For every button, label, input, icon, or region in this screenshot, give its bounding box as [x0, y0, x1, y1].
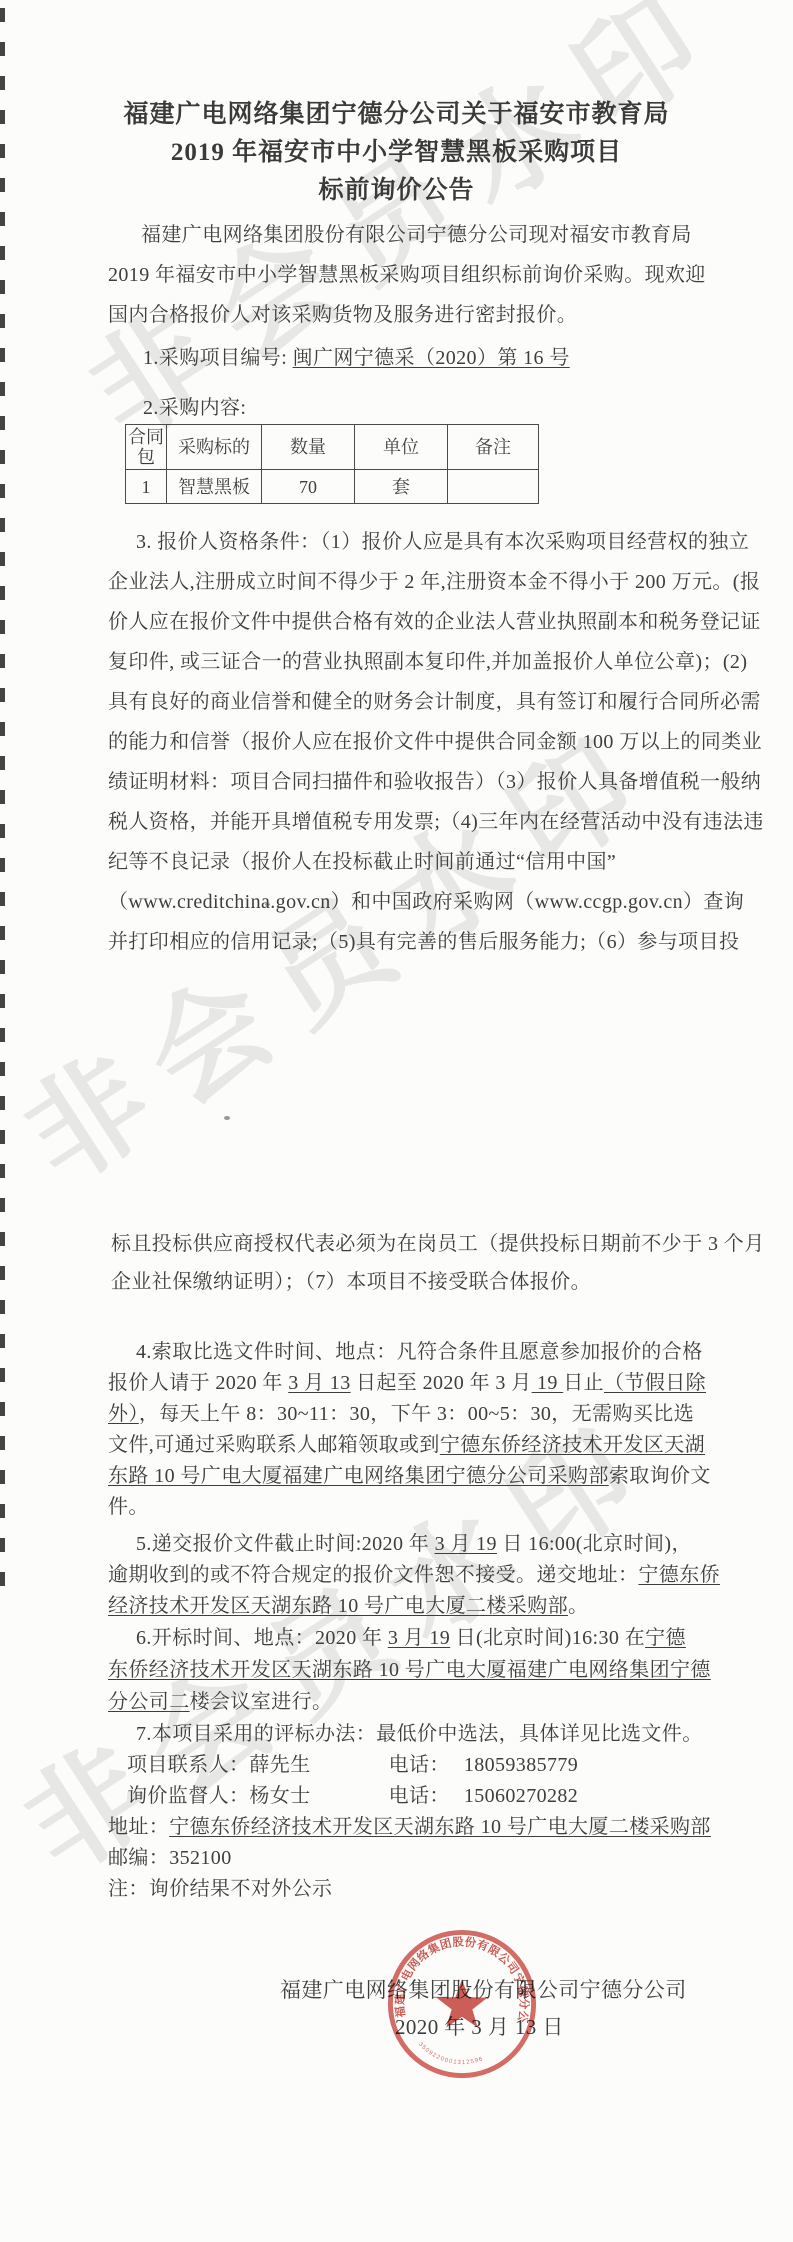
- star-icon: [437, 1979, 488, 2027]
- text-segment: 注：询价结果不对外公示: [108, 1878, 332, 1900]
- item-list: 1.采购项目编号: 闽广网宁德采（2020）第 16 号2.采购内容:: [143, 333, 570, 433]
- text-segment: 国内合格报价人对该采购货物及服务进行密封报价。: [108, 304, 577, 326]
- text-segment: 7.本项目采用的评标办法：最低价中选法，具体详见比选文件。: [136, 1723, 703, 1745]
- contact-info: 项目联系人：薛先生电话：18059385779询价监督人：杨女士电话：15060…: [108, 1750, 728, 1905]
- text-segment: 询价监督人：杨女士: [127, 1785, 311, 1807]
- text-segment: 企业社保缴纳证明）；（7）本项目不接受联合体报价。: [111, 1271, 591, 1293]
- text-segment: 电话：: [389, 1754, 450, 1776]
- text-line: 的能力和信誉（报价人应在报价文件中提供合同金额 100 万以上的同类业: [108, 722, 713, 762]
- underlined-text: 闽广网宁德采（2020）第 16 号: [293, 347, 570, 369]
- text-line: 询价监督人：杨女士电话：15060270282: [127, 1781, 728, 1812]
- text-segment: 电话：: [389, 1785, 450, 1807]
- text-segment: 3. 报价人资格条件：（1）报价人应是具有本次采购项目经营权的独立: [136, 531, 749, 553]
- text-line: 分公司二楼会议室进行。: [108, 1686, 698, 1718]
- text-line: 税人资格，并能开具增值税专用发票;（4)三年内在经营活动中没有违法违: [108, 802, 713, 842]
- text-segment: 日起至 2020 年 3 月: [351, 1372, 532, 1394]
- text-segment: 的能力和信誉（报价人应在报价文件中提供合同金额 100 万以上的同类业: [108, 731, 762, 753]
- scan-edge-artifacts: [0, 8, 5, 1588]
- text-segment: 报价人请于 2020 年: [108, 1372, 288, 1394]
- text-line: 2019 年福安市中小学智慧黑板采购项目: [0, 134, 793, 172]
- text-line: 东侨经济技术开发区天湖东路 10 号广电大厦福建广电网络集团宁德: [108, 1654, 698, 1686]
- seal-code-text: 3509220001312596: [417, 2041, 485, 2066]
- text-segment: 2019 年福安市中小学智慧黑板采购项目: [171, 139, 622, 166]
- text-line: 纪等不良记录（报价人在投标截止时间前通过“信用中国”: [108, 842, 713, 882]
- text-segment: 绩证明材料：项目合同扫描件和验收报告）（3）报价人具备增值税一般纳: [108, 771, 761, 793]
- text-segment: 地址：: [108, 1816, 169, 1838]
- text-line: 经济技术开发区天湖东路 10 号广电大厦二楼采购部。: [108, 1591, 698, 1622]
- table-header-row: 合同包采购标的数量单位备注: [126, 425, 539, 470]
- table-header-cell: 采购标的: [167, 425, 262, 470]
- text-segment: 日(北京时间)16:30 在: [450, 1627, 645, 1649]
- underlined-text: 东侨经济技术开发区天湖东路 10 号广电大厦福建广电网络集团宁德: [108, 1659, 711, 1681]
- section-obtain-documents: 4.索取比选文件时间、地点：凡符合条件且愿意参加报价的合格报价人请于 2020 …: [108, 1337, 698, 1523]
- text-segment: ，每天上午 8：30~11：30，下午 3：00~5：30，无需购买比选: [139, 1403, 694, 1425]
- text-line: （www.creditchina.gov.cn）和中国政府采购网（www.ccg…: [108, 882, 713, 922]
- table-header-cell: 数量: [262, 425, 355, 470]
- document-title: 福建广电网络集团宁德分公司关于福安市教育局2019 年福安市中小学智慧黑板采购项…: [0, 96, 793, 210]
- svg-text:3509220001312596: 3509220001312596: [417, 2041, 485, 2066]
- text-line: 地址：宁德东侨经济技术开发区天湖东路 10 号广电大厦二楼采购部: [108, 1812, 728, 1843]
- text-line: 4.索取比选文件时间、地点：凡符合条件且愿意参加报价的合格: [136, 1337, 698, 1368]
- scan-speck: [224, 1116, 230, 1120]
- text-segment: 。: [568, 1595, 588, 1617]
- underlined-text: 宁德: [645, 1627, 686, 1649]
- text-segment: 标且投标供应商授权代表必须为在岗员工（提供投标日期前不少于 3 个月: [111, 1233, 765, 1255]
- table-cell: 1: [126, 470, 167, 504]
- text-line: 企业社保缴纳证明）；（7）本项目不接受联合体报价。: [111, 1263, 711, 1301]
- text-segment: 18059385779: [464, 1754, 578, 1776]
- text-segment: 文件,可通过采购联系人邮箱领取或到: [108, 1434, 440, 1456]
- text-line: 复印件, 或三证合一的营业执照副本复印件,并加盖报价人单位公章)；(2): [108, 642, 713, 682]
- underlined-text: 经济技术开发区天湖东路 10 号广电大厦二楼采购部: [108, 1595, 568, 1617]
- text-segment: 楼会议室进行。: [190, 1691, 333, 1713]
- text-segment: 15060270282: [464, 1785, 578, 1807]
- text-line: 项目联系人：薛先生电话：18059385779: [127, 1750, 728, 1781]
- text-line: 6.开标时间、地点：2020 年 3 月 19 日(北京时间)16:30 在宁德: [136, 1622, 698, 1654]
- text-segment: 1.采购项目编号:: [143, 347, 293, 369]
- text-line: 外），每天上午 8：30~11：30，下午 3：00~5：30，无需购买比选: [108, 1399, 698, 1430]
- text-segment: 项目联系人：薛先生: [127, 1754, 311, 1776]
- text-line: 注：询价结果不对外公示: [108, 1874, 728, 1905]
- text-line: 绩证明材料：项目合同扫描件和验收报告）（3）报价人具备增值税一般纳: [108, 762, 713, 802]
- text-segment: 企业法人,注册成立时间不得少于 2 年,注册资本金不得小于 200 万元。(报: [108, 571, 760, 593]
- text-line: 具有良好的商业信誉和健全的财务会计制度，具有签订和履行合同所必需: [108, 682, 713, 722]
- text-segment: 复印件, 或三证合一的营业执照副本复印件,并加盖报价人单位公章)；(2): [108, 651, 747, 673]
- text-segment: 税人资格，并能开具增值税专用发票;（4)三年内在经营活动中没有违法违: [108, 811, 764, 833]
- text-segment: 价人应在报价文件中提供合格有效的企业法人营业执照副本和税务登记证: [108, 611, 761, 633]
- table-header-cell: 单位: [355, 425, 448, 470]
- text-segment: （www.creditchina.gov.cn）和中国政府采购网（www.ccg…: [108, 891, 744, 913]
- text-line: 价人应在报价文件中提供合格有效的企业法人营业执照副本和税务登记证: [108, 602, 713, 642]
- table-header-cell: 备注: [448, 425, 539, 470]
- text-segment: 6.开标时间、地点：2020 年: [136, 1627, 388, 1649]
- underlined-text: 3 月 19: [435, 1533, 497, 1555]
- text-line: 邮编：352100: [108, 1843, 728, 1874]
- text-line: 3. 报价人资格条件：（1）报价人应是具有本次采购项目经营权的独立: [136, 522, 713, 562]
- text-segment: 索取询价文: [609, 1465, 711, 1487]
- text-segment: 标前询价公告: [318, 177, 474, 204]
- qualification-continued: 标且投标供应商授权代表必须为在岗员工（提供投标日期前不少于 3 个月企业社保缴纳…: [111, 1225, 711, 1301]
- official-red-seal: 福建广电网络集团股份有限公司宁德分公司 3509220001312596: [383, 1925, 541, 2083]
- text-segment: 2019 年福安市中小学智慧黑板采购项目组织标前询价采购。现欢迎: [108, 264, 706, 286]
- text-segment: 件。: [108, 1496, 149, 1518]
- text-line: 标前询价公告: [0, 172, 793, 210]
- text-line: 2019 年福安市中小学智慧黑板采购项目组织标前询价采购。现欢迎: [108, 255, 708, 295]
- section-bid-opening: 6.开标时间、地点：2020 年 3 月 19 日(北京时间)16:30 在宁德…: [108, 1622, 698, 1718]
- underlined-text: 分公司二: [108, 1691, 190, 1713]
- text-segment: 纪等不良记录（报价人在投标截止时间前通过“信用中国”: [108, 851, 616, 873]
- text-line: 1.采购项目编号: 闽广网宁德采（2020）第 16 号: [143, 333, 570, 383]
- text-line: 7.本项目采用的评标办法：最低价中选法，具体详见比选文件。: [136, 1719, 698, 1750]
- qualification-paragraph: 3. 报价人资格条件：（1）报价人应是具有本次采购项目经营权的独立企业法人,注册…: [108, 522, 713, 962]
- text-line: 报价人请于 2020 年 3 月 13 日起至 2020 年 3 月 19 日止…: [108, 1368, 698, 1399]
- table-cell: [448, 470, 539, 504]
- table-row: 1智慧黑板70套: [126, 470, 539, 504]
- text-line: 逾期收到的或不符合规定的报价文件恕不接受。递交地址：宁德东侨: [108, 1560, 698, 1591]
- scan-speck: [265, 903, 270, 906]
- section-submission-deadline: 5.递交报价文件截止时间:2020 年 3 月 19 日 16:00(北京时间)…: [108, 1529, 698, 1622]
- section-evaluation-method: 7.本项目采用的评标办法：最低价中选法，具体详见比选文件。: [108, 1719, 698, 1750]
- text-segment: 福建广电网络集团宁德分公司关于福安市教育局: [123, 101, 669, 128]
- text-segment: 福建广电网络集团股份有限公司宁德分公司现对福安市教育局: [141, 224, 692, 246]
- table-cell: 智慧黑板: [167, 470, 262, 504]
- underlined-text: 宁德东侨经济技术开发区天湖东路 10 号广电大厦二楼采购部: [169, 1816, 711, 1838]
- text-line: 5.递交报价文件截止时间:2020 年 3 月 19 日 16:00(北京时间)…: [136, 1529, 698, 1560]
- text-segment: 具有良好的商业信誉和健全的财务会计制度，具有签订和履行合同所必需: [108, 691, 761, 713]
- text-segment: 2.采购内容:: [143, 397, 246, 419]
- underlined-text: 19: [532, 1372, 564, 1394]
- underlined-text: 3 月 13: [288, 1372, 350, 1394]
- underlined-text: 外）: [108, 1403, 139, 1425]
- text-line: 件。: [108, 1492, 698, 1523]
- underlined-text: （节假日除: [604, 1372, 706, 1394]
- table-cell: 套: [355, 470, 448, 504]
- text-segment: 并打印相应的信用记录;（5)具有完善的售后服务能力;（6）参与项目投: [108, 931, 739, 953]
- text-line: 福建广电网络集团股份有限公司宁德分公司现对福安市教育局: [141, 215, 708, 255]
- text-segment: 4.索取比选文件时间、地点：凡符合条件且愿意参加报价的合格: [136, 1341, 703, 1363]
- text-line: 标且投标供应商授权代表必须为在岗员工（提供投标日期前不少于 3 个月: [111, 1225, 711, 1263]
- text-segment: 日止: [563, 1372, 604, 1394]
- underlined-text: 东路 10 号广电大厦福建广电网络集团宁德分公司采购部: [108, 1465, 609, 1487]
- text-segment: 日 16:00(北京时间)，: [497, 1533, 692, 1555]
- text-line: 企业法人,注册成立时间不得少于 2 年,注册资本金不得小于 200 万元。(报: [108, 562, 713, 602]
- underlined-text: 宁德东侨经济技术开发区天湖: [440, 1434, 705, 1456]
- text-line: 文件,可通过采购联系人邮箱领取或到宁德东侨经济技术开发区天湖: [108, 1430, 698, 1461]
- text-segment: 5.递交报价文件截止时间:2020 年: [136, 1533, 435, 1555]
- text-line: 东路 10 号广电大厦福建广电网络集团宁德分公司采购部索取询价文: [108, 1461, 698, 1492]
- underlined-text: 宁德东侨: [638, 1564, 720, 1586]
- scanned-document-page: 非会员水印 非会员水印 非会员水印 福建广电网络集团宁德分公司关于福安市教育局2…: [0, 0, 793, 2242]
- text-line: 福建广电网络集团宁德分公司关于福安市教育局: [0, 96, 793, 134]
- text-line: 并打印相应的信用记录;（5)具有完善的售后服务能力;（6）参与项目投: [108, 922, 713, 962]
- table-header-cell: 合同包: [126, 425, 167, 470]
- text-segment: 邮编：352100: [108, 1847, 232, 1869]
- underlined-text: 3 月 19: [388, 1627, 450, 1649]
- text-line: 国内合格报价人对该采购货物及服务进行密封报价。: [108, 295, 708, 335]
- procurement-table: 合同包采购标的数量单位备注 1智慧黑板70套: [125, 424, 539, 504]
- text-segment: 逾期收到的或不符合规定的报价文件恕不接受。递交地址：: [108, 1564, 638, 1586]
- intro-paragraph: 福建广电网络集团股份有限公司宁德分公司现对福安市教育局2019 年福安市中小学智…: [108, 215, 708, 335]
- table-cell: 70: [262, 470, 355, 504]
